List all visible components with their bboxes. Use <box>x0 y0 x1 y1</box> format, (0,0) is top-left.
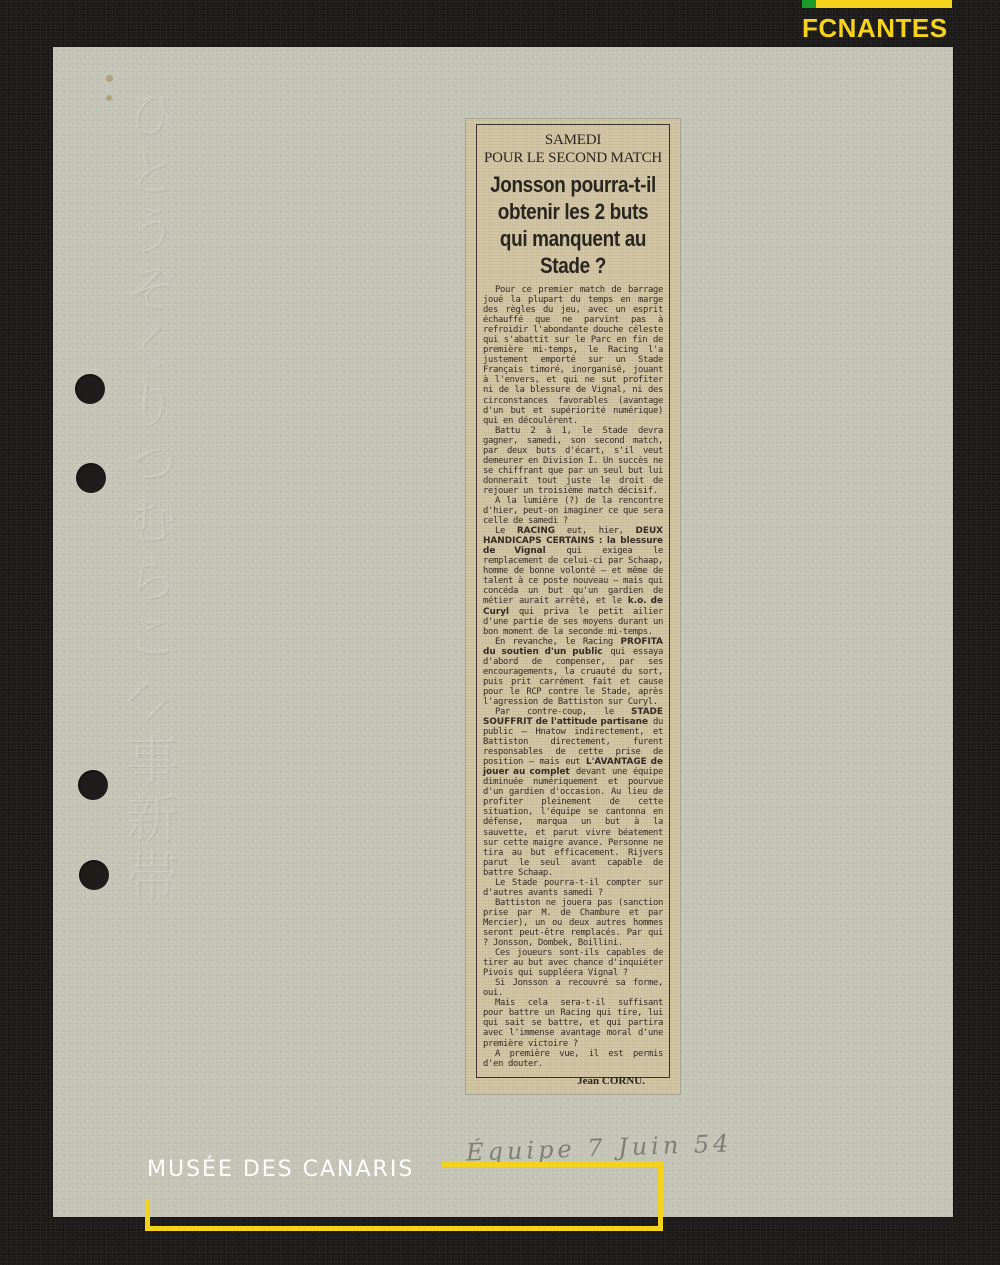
kicker-line-1: SAMEDI <box>483 131 663 149</box>
article-headline: Jonsson pourra-t-il obtenir les 2 buts q… <box>484 171 663 279</box>
article-paragraph: Mais cela sera-t-il suffisant pour battr… <box>483 998 663 1048</box>
article-paragraph: Pour ce premier match de barrage joué la… <box>483 285 663 426</box>
archive-sheet: ひとうぞくりつむらこ◇事新帯 SAMEDI POUR LE SECOND MAT… <box>53 47 953 1217</box>
binder-hole <box>75 374 105 404</box>
kicker-line-2: POUR LE SECOND MATCH <box>483 149 663 167</box>
article-paragraph: Si Jonsson a recouvré sa forme, oui. <box>483 978 663 998</box>
article-paragraph: Battiston ne jouera pas (sanction prise … <box>483 898 663 948</box>
article-paragraph: Le RACING eut, hier, DEUX HANDICAPS CERT… <box>483 526 663 637</box>
article-paragraph: Battu 2 à 1, le Stade devra gagner, same… <box>483 426 663 496</box>
bold-run: RACING <box>517 526 555 536</box>
newspaper-clipping: SAMEDI POUR LE SECOND MATCH Jonsson pour… <box>466 119 680 1094</box>
article-paragraph: En revanche, le Racing PROFITA du soutie… <box>483 637 663 707</box>
article-kicker: SAMEDI POUR LE SECOND MATCH <box>483 131 663 167</box>
fc-nantes-logo: FCNANTES <box>802 0 952 42</box>
article-author: Jean CORNU. <box>483 1075 663 1087</box>
article-paragraph: A première vue, il est permis d'en doute… <box>483 1049 663 1069</box>
text-run: devant une équipe diminuée numériquement… <box>483 767 663 877</box>
text-run: qui priva le petit ailier d'une partie d… <box>483 607 663 637</box>
text-run: eut, hier, <box>555 526 635 536</box>
accent-frame-right <box>658 1162 663 1231</box>
brand-color-bar <box>802 0 952 8</box>
binder-hole <box>79 860 109 890</box>
text-run: Par contre-coup, le <box>495 707 631 717</box>
brand-name: FCNANTES <box>802 14 952 42</box>
article-paragraph: A la lumière (?) de la rencontre d'hier,… <box>483 496 663 526</box>
accent-frame-bottom <box>145 1226 663 1231</box>
clipping-frame: SAMEDI POUR LE SECOND MATCH Jonsson pour… <box>476 124 670 1078</box>
accent-frame-left <box>145 1199 150 1231</box>
paper-stain <box>106 75 113 82</box>
binder-hole <box>78 770 108 800</box>
brand-bar-yellow <box>816 0 952 8</box>
accent-frame-top <box>442 1162 663 1167</box>
article-body: Pour ce premier match de barrage joué la… <box>483 285 663 1069</box>
paper-stain <box>106 95 112 101</box>
article-paragraph: Ces joueurs sont-ils capables de tirer a… <box>483 948 663 978</box>
text-run: Le <box>495 526 517 536</box>
paper-watermark: ひとうぞくりつむらこ◇事新帯 <box>125 87 185 1177</box>
text-run: En revanche, le Racing <box>495 637 621 647</box>
binder-hole <box>76 463 106 493</box>
article-paragraph: Par contre-coup, le STADE SOUFFRIT de l'… <box>483 707 663 878</box>
museum-title: MUSÉE DES CANARIS <box>147 1156 414 1184</box>
brand-bar-green <box>802 0 816 8</box>
article-paragraph: Le Stade pourra-t-il compter sur d'autre… <box>483 878 663 898</box>
